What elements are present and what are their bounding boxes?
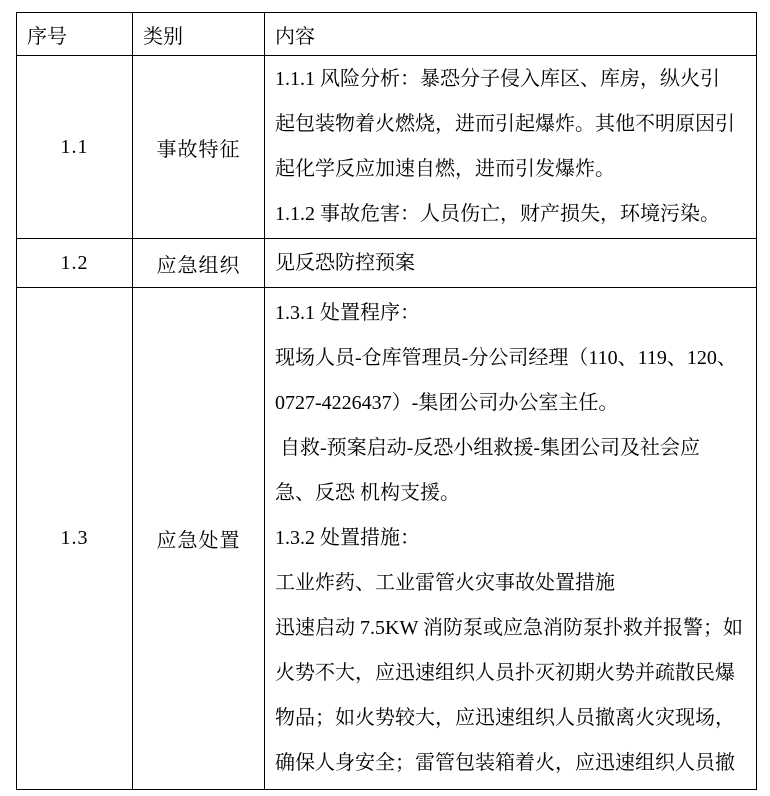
content-line: 0727-4226437）-集团公司办公室主任。 xyxy=(275,381,752,426)
column-header-content: 内容 xyxy=(265,13,757,56)
row-number-cell: 1.3 xyxy=(17,288,133,790)
content-line: 火势不大，应迅速组织人员扑灭初期火势并疏散民爆 xyxy=(275,651,752,696)
content-line: 急、反恐 机构支援。 xyxy=(275,471,752,516)
row-number-cell: 1.1 xyxy=(17,56,133,239)
content-line: 起化学反应加速自燃，进而引发爆炸。 xyxy=(275,147,752,192)
content-line: 迅速启动 7.5KW 消防泵或应急消防泵扑救并报警；如 xyxy=(275,606,752,651)
content-line: 1.1.2 事故危害：人员伤亡，财产损失，环境污染。 xyxy=(275,192,752,237)
content-line: 1.3.2 处置措施： xyxy=(275,516,752,561)
table-row: 1.3应急处置1.3.1 处置程序：现场人员-仓库管理员-分公司经理（110、1… xyxy=(17,288,757,790)
emergency-response-table: 序号 类别 内容 1.1事故特征1.1.1 风险分析：暴恐分子侵入库区、库房，纵… xyxy=(16,12,757,790)
row-category-cell: 事故特征 xyxy=(133,56,265,239)
header-row: 序号 类别 内容 xyxy=(17,13,757,56)
content-line: 现场人员-仓库管理员-分公司经理（110、119、120、 xyxy=(275,336,752,381)
row-content-cell: 1.3.1 处置程序：现场人员-仓库管理员-分公司经理（110、119、120、… xyxy=(265,288,757,790)
row-number-cell: 1.2 xyxy=(17,239,133,288)
table-row: 1.1事故特征1.1.1 风险分析：暴恐分子侵入库区、库房，纵火引起包装物着火燃… xyxy=(17,56,757,239)
content-line: 确保人身安全；雷管包装箱着火，应迅速组织人员撤 xyxy=(275,741,752,786)
row-category-cell: 应急组织 xyxy=(133,239,265,288)
content-line: 1.3.1 处置程序： xyxy=(275,291,752,336)
content-line: 自救-预案启动-反恐小组救援-集团公司及社会应 xyxy=(275,426,752,471)
row-category-cell: 应急处置 xyxy=(133,288,265,790)
content-line: 工业炸药、工业雷管火灾事故处置措施 xyxy=(275,561,752,606)
table-row: 1.2应急组织见反恐防控预案 xyxy=(17,239,757,288)
row-content-cell: 见反恐防控预案 xyxy=(265,239,757,288)
content-line: 物品；如火势较大，应迅速组织人员撤离火灾现场， xyxy=(275,696,752,741)
column-header-category: 类别 xyxy=(133,13,265,56)
column-header-number: 序号 xyxy=(17,13,133,56)
table-body: 1.1事故特征1.1.1 风险分析：暴恐分子侵入库区、库房，纵火引起包装物着火燃… xyxy=(17,56,757,790)
row-content-cell: 1.1.1 风险分析：暴恐分子侵入库区、库房，纵火引起包装物着火燃烧，进而引起爆… xyxy=(265,56,757,239)
content-line: 见反恐防控预案 xyxy=(275,241,752,286)
document-page: { "page": { "background_color": "#ffffff… xyxy=(0,0,770,796)
content-line: 1.1.1 风险分析：暴恐分子侵入库区、库房，纵火引 xyxy=(275,57,752,102)
content-line: 起包装物着火燃烧，进而引起爆炸。其他不明原因引 xyxy=(275,102,752,147)
